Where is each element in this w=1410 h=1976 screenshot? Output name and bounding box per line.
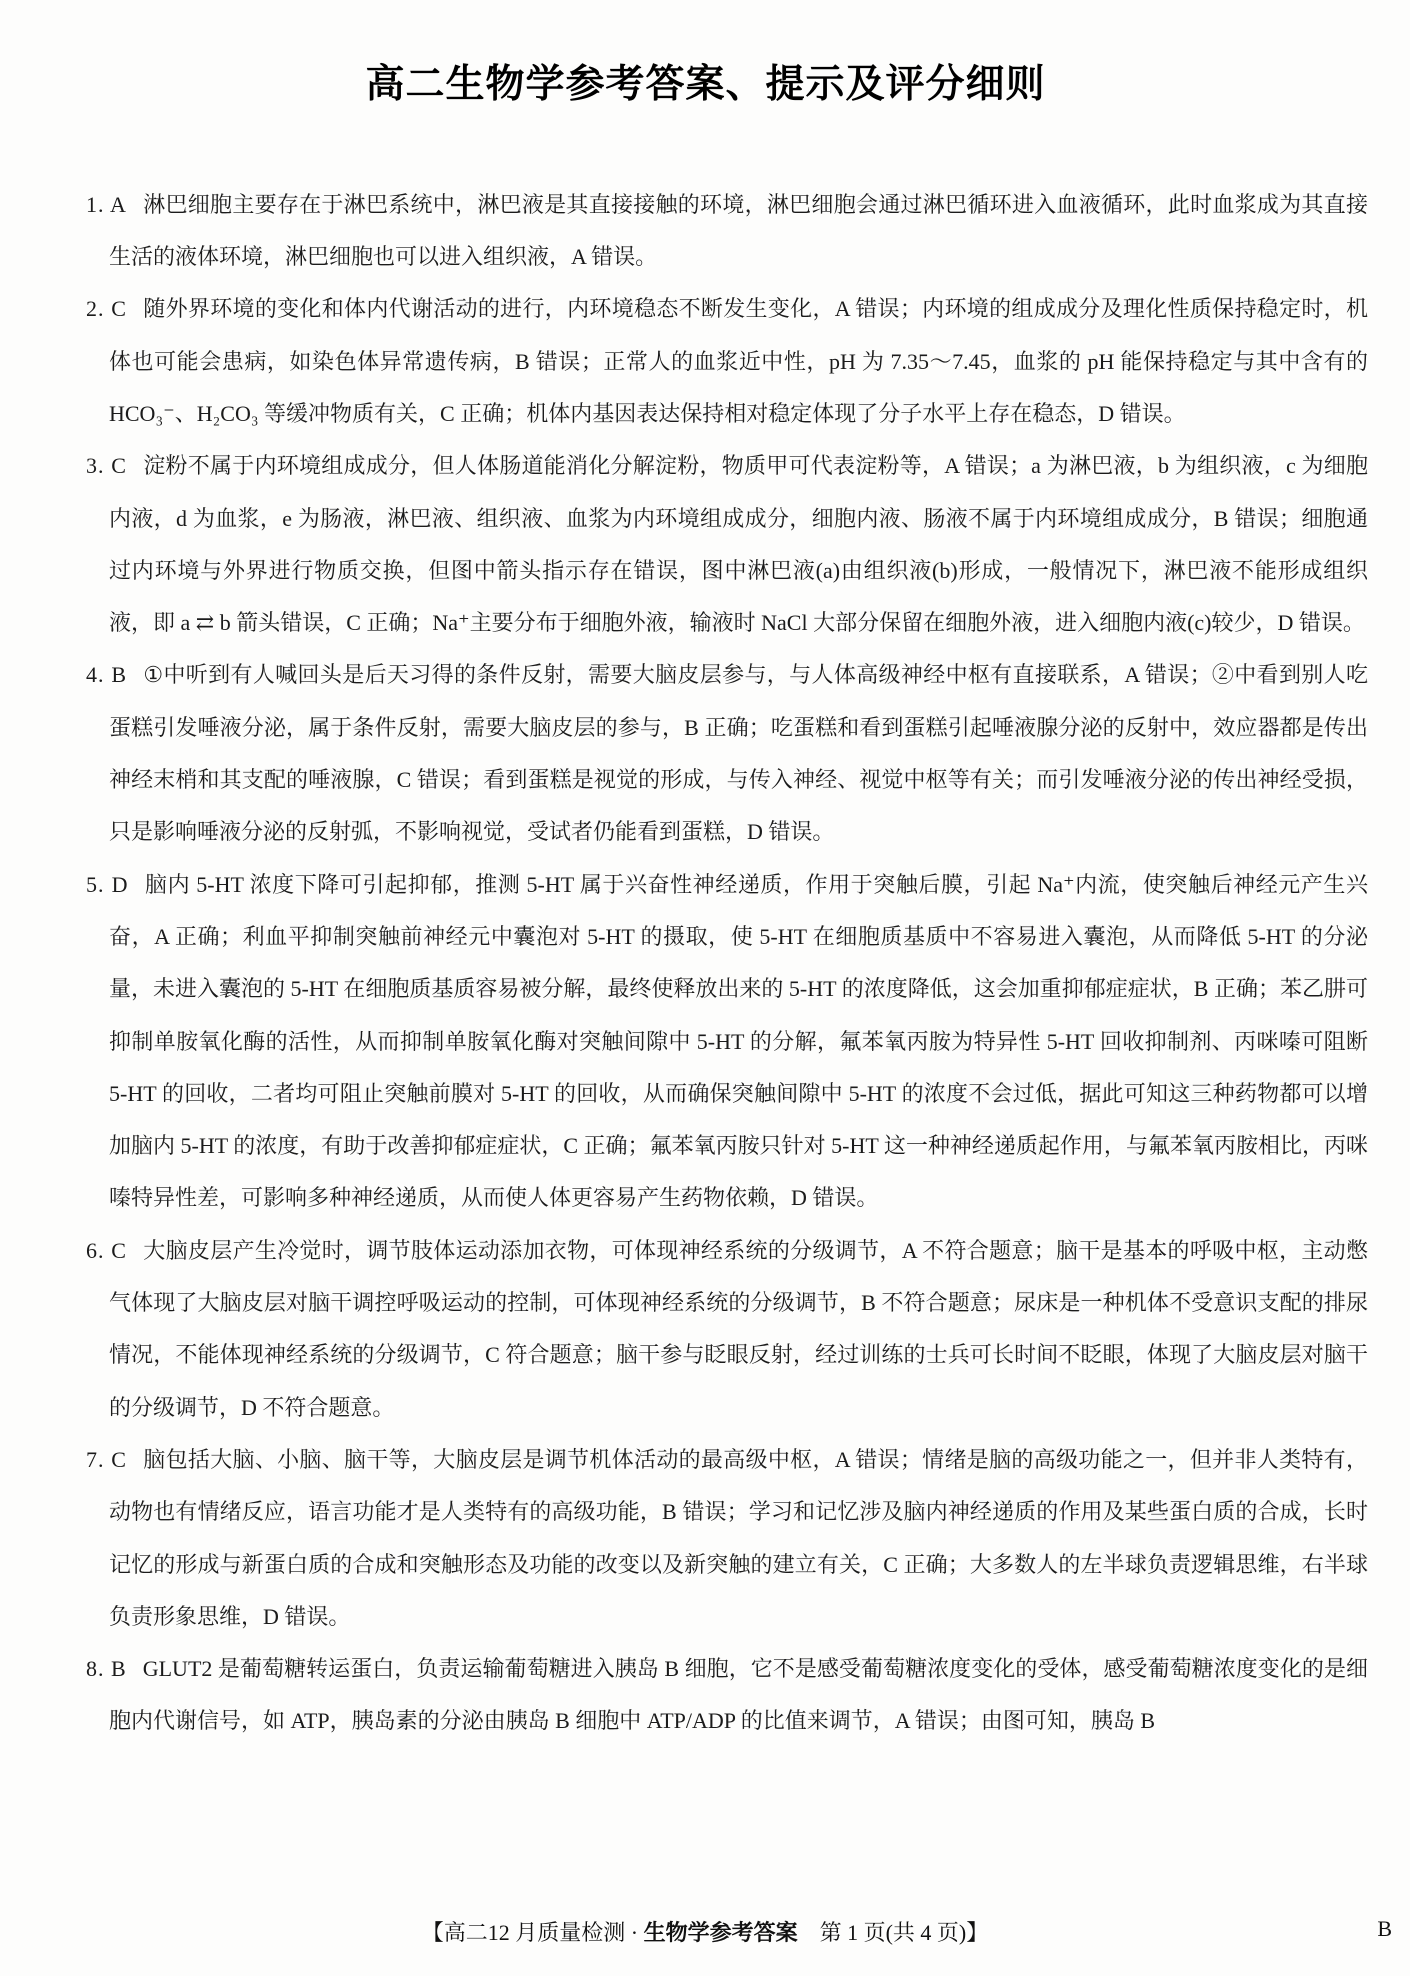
page-footer: 【高二12 月质量检测 · 生物学参考答案 第 1 页(共 4 页)】 [0,1916,1410,1947]
question-3-answer-label: 3. C [86,453,127,478]
question-7-answer-label: 7. C [86,1447,127,1472]
question-8-answer-label: 8. B [86,1656,127,1681]
question-1-answer-label: 1. A [86,192,127,217]
question-3-explanation: 淀粉不属于内环境组成成分，但人体肠道能消化分解淀粉，物质甲可代表淀粉等，A 错误… [109,453,1368,635]
question-6-answer-label: 6. C [86,1238,127,1263]
answer-item-7: 7. C脑包括大脑、小脑、脑干等，大脑皮层是调节机体活动的最高级中枢，A 错误；… [43,1434,1368,1643]
footer-subject-title: 生物学参考答案 [644,1920,798,1945]
version-mark: B [1377,1916,1392,1942]
question-4-explanation: ①中听到有人喊回头是后天习得的条件反射，需要大脑皮层参与，与人体高级神经中枢有直… [109,662,1368,844]
answer-item-4: 4. B①中听到有人喊回头是后天习得的条件反射，需要大脑皮层参与，与人体高级神经… [43,649,1368,858]
question-5-answer-label: 5. D [86,872,128,897]
answer-item-2: 2. C随外界环境的变化和体内代谢活动的进行，内环境稳态不断发生变化，A 错误；… [43,283,1368,440]
answer-list: 1. A淋巴细胞主要存在于淋巴系统中，淋巴液是其直接接触的环境，淋巴细胞会通过淋… [43,179,1368,1748]
answer-key-page: 高二生物学参考答案、提示及评分细则 1. A淋巴细胞主要存在于淋巴系统中，淋巴液… [0,0,1410,1976]
answer-item-3: 3. C淀粉不属于内环境组成成分，但人体肠道能消化分解淀粉，物质甲可代表淀粉等，… [43,440,1368,649]
question-2-answer-label: 2. C [86,296,127,321]
page-content: 高二生物学参考答案、提示及评分细则 1. A淋巴细胞主要存在于淋巴系统中，淋巴液… [43,0,1368,1748]
question-5-explanation: 脑内 5-HT 浓度下降可引起抑郁，推测 5-HT 属于兴奋性神经递质，作用于突… [109,872,1368,1211]
page-title: 高二生物学参考答案、提示及评分细则 [43,62,1368,109]
question-1-explanation: 淋巴细胞主要存在于淋巴系统中，淋巴液是其直接接触的环境，淋巴细胞会通过淋巴循环进… [109,192,1368,269]
answer-item-1: 1. A淋巴细胞主要存在于淋巴系统中，淋巴液是其直接接触的环境，淋巴细胞会通过淋… [43,179,1368,284]
question-4-answer-label: 4. B [86,662,127,687]
question-6-explanation: 大脑皮层产生冷觉时，调节肢体运动添加衣物，可体现神经系统的分级调节，A 不符合题… [109,1238,1368,1420]
question-7-explanation: 脑包括大脑、小脑、脑干等，大脑皮层是调节机体活动的最高级中枢，A 错误；情绪是脑… [109,1447,1368,1629]
footer-exam-name: 【高二12 月质量检测 · [422,1920,644,1945]
question-2-explanation: 随外界环境的变化和体内代谢活动的进行，内环境稳态不断发生变化，A 错误；内环境的… [109,296,1368,426]
answer-item-8: 8. BGLUT2 是葡萄糖转运蛋白，负责运输葡萄糖进入胰岛 B 细胞，它不是感… [43,1643,1368,1748]
footer-page-number: 第 1 页(共 4 页)】 [798,1920,989,1945]
answer-item-6: 6. C大脑皮层产生冷觉时，调节肢体运动添加衣物，可体现神经系统的分级调节，A … [43,1225,1368,1434]
answer-item-5: 5. D脑内 5-HT 浓度下降可引起抑郁，推测 5-HT 属于兴奋性神经递质，… [43,859,1368,1225]
question-8-explanation: GLUT2 是葡萄糖转运蛋白，负责运输葡萄糖进入胰岛 B 细胞，它不是感受葡萄糖… [109,1656,1368,1733]
